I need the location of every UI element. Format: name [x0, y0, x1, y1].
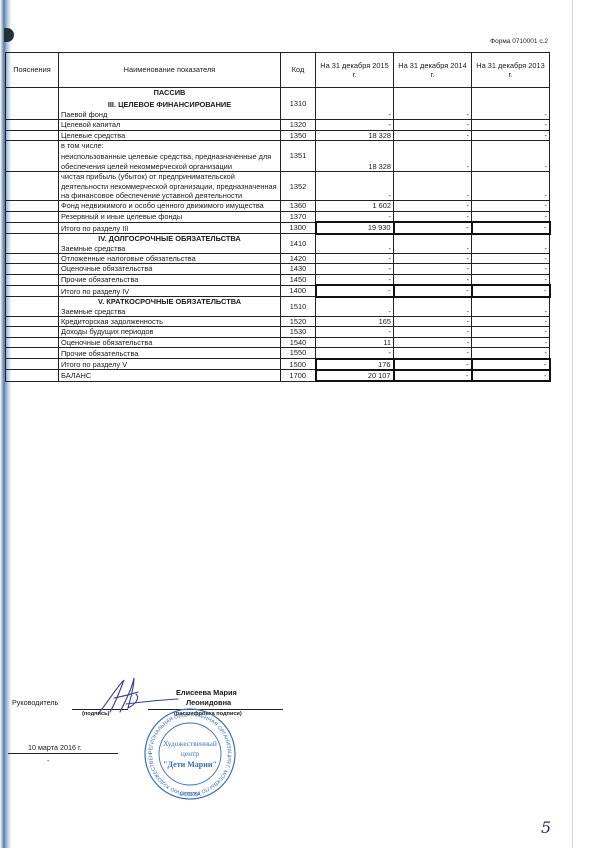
- value-2014: -: [394, 201, 472, 211]
- code-cell: 1500: [281, 359, 316, 370]
- table-row: IV. ДОЛГОСРОЧНЫЕ ОБЯЗАТЕЛЬСТВАЗаемные ср…: [6, 234, 550, 254]
- code-cell: 1540: [281, 337, 316, 347]
- table-row: в том числе:неиспользованные целевые сре…: [6, 141, 550, 172]
- header-indicator: Наименование показателя: [59, 53, 281, 88]
- explanation-cell: [6, 130, 59, 140]
- value-2015: -: [316, 120, 394, 130]
- indicator-name: ПАССИВIII. ЦЕЛЕВОЕ ФИНАНСИРОВАНИЕПаевой …: [59, 88, 281, 120]
- section-title: IV. ДОЛГОСРОЧНЫЕ ОБЯЗАТЕЛЬСТВА: [61, 234, 278, 243]
- indicator-label: Фонд недвижимого и особо ценного движимо…: [61, 201, 278, 210]
- value-2014: -: [394, 222, 472, 233]
- explanation-cell: [6, 359, 59, 370]
- value-2015: 11: [316, 337, 394, 347]
- explanation-cell: [6, 264, 59, 274]
- code-cell: 1400: [281, 285, 316, 296]
- explanation-cell: [6, 254, 59, 264]
- organization-stamp-icon: РЕГИОНАЛЬНАЯ ОБЩЕСТВЕННАЯ ОРГАНИЗАЦИЯ Г.…: [142, 706, 238, 802]
- explanation-cell: [6, 297, 59, 317]
- value-2015: 18 328: [316, 130, 394, 140]
- indicator-name: Целевые средства: [59, 130, 281, 140]
- signer-name-line1: Елисеева Мария: [176, 688, 237, 697]
- indicator-label: Итого по разделу IV: [61, 287, 278, 296]
- table-row: Отложенные налоговые обязательства1420--…: [6, 254, 550, 264]
- value-2014: -: [394, 120, 472, 130]
- indicator-name: IV. ДОЛГОСРОЧНЫЕ ОБЯЗАТЕЛЬСТВАЗаемные ср…: [59, 234, 281, 254]
- liabilities-title: ПАССИВ: [61, 88, 278, 97]
- value-2015: -: [316, 172, 394, 201]
- header-2014: На 31 декабря 2014 г.: [394, 53, 472, 88]
- code-cell: 1300: [281, 222, 316, 233]
- form-code: Форма 0710001 с.2: [440, 38, 548, 45]
- table-row: Оценочные обязательства154011--: [6, 337, 550, 347]
- table-row: Итого по разделу III130019 930--: [6, 222, 550, 233]
- table-row: ПАССИВIII. ЦЕЛЕВОЕ ФИНАНСИРОВАНИЕПаевой …: [6, 88, 550, 120]
- code-cell: 1320: [281, 120, 316, 130]
- value-2013: -: [472, 130, 550, 140]
- table-header-row: Пояснения Наименование показателя Код На…: [6, 53, 550, 88]
- balance-sheet-table: Пояснения Наименование показателя Код На…: [5, 52, 551, 382]
- indicator-name: Кредиторская задолженность: [59, 316, 281, 326]
- indicator-label: Отложенные налоговые обязательства: [61, 254, 278, 263]
- value-2015: -: [316, 254, 394, 264]
- value-2013: -: [472, 359, 550, 370]
- code-cell: 1352: [281, 172, 316, 201]
- table-row: Целевой капитал1320---: [6, 120, 550, 130]
- indicator-label: Итого по разделу III: [61, 224, 278, 233]
- code-cell: 1370: [281, 211, 316, 222]
- code-cell: 1430: [281, 264, 316, 274]
- stamp-center-line1: Художественный: [163, 739, 217, 748]
- value-2015: -: [316, 234, 394, 254]
- table-row: Кредиторская задолженность1520165--: [6, 316, 550, 326]
- value-2015: -: [316, 285, 394, 296]
- value-2015: 176: [316, 359, 394, 370]
- value-2013: -: [472, 274, 550, 285]
- table-row: Целевые средства135018 328--: [6, 130, 550, 140]
- table-row: Фонд недвижимого и особо ценного движимо…: [6, 201, 550, 211]
- header-code: Код: [281, 53, 316, 88]
- value-2015: -: [316, 88, 394, 120]
- value-2013: -: [472, 316, 550, 326]
- punch-hole-mark: [4, 28, 14, 42]
- section-title: III. ЦЕЛЕВОЕ ФИНАНСИРОВАНИЕ: [61, 100, 278, 109]
- date-dash: -: [47, 758, 49, 765]
- code-cell: 1550: [281, 348, 316, 359]
- code-cell: 1351: [281, 141, 316, 172]
- indicator-name: Итого по разделу V: [59, 359, 281, 370]
- indicator-label: Оценочные обязательства: [61, 264, 278, 273]
- indicator-name: в том числе:неиспользованные целевые сре…: [59, 141, 281, 172]
- code-cell: 1360: [281, 201, 316, 211]
- indicator-label: Кредиторская задолженность: [61, 317, 278, 326]
- value-2014: -: [394, 337, 472, 347]
- value-2013: -: [472, 234, 550, 254]
- value-2013: -: [472, 201, 550, 211]
- value-2015: -: [316, 297, 394, 317]
- value-2014: -: [394, 211, 472, 222]
- value-2013: -: [472, 211, 550, 222]
- value-2015: -: [316, 264, 394, 274]
- value-2014: -: [394, 264, 472, 274]
- indicator-label: Прочие обязательства: [61, 275, 278, 284]
- explanation-cell: [6, 222, 59, 233]
- indicator-label: Резервный и иные целевые фонды: [61, 212, 278, 221]
- explanation-cell: [6, 88, 59, 120]
- explanation-cell: [6, 285, 59, 296]
- explanation-cell: [6, 327, 59, 337]
- explanation-cell: [6, 201, 59, 211]
- indicator-name: Итого по разделу III: [59, 222, 281, 233]
- indicator-label: Оценочные обязательства: [61, 338, 278, 347]
- table-body: ПАССИВIII. ЦЕЛЕВОЕ ФИНАНСИРОВАНИЕПаевой …: [6, 88, 550, 382]
- stamp-center-line2: центр: [181, 749, 200, 758]
- code-cell: 1510: [281, 297, 316, 317]
- indicator-name: Оценочные обязательства: [59, 337, 281, 347]
- value-2013: -: [472, 222, 550, 233]
- value-2014: -: [394, 327, 472, 337]
- indicator-label: Заемные средства: [61, 244, 278, 253]
- indicator-name: Фонд недвижимого и особо ценного движимо…: [59, 201, 281, 211]
- value-2015: 19 930: [316, 222, 394, 233]
- value-2014: -: [394, 316, 472, 326]
- code-cell: 1350: [281, 130, 316, 140]
- value-2014: -: [394, 88, 472, 120]
- value-2014: -: [394, 359, 472, 370]
- code-cell: 1420: [281, 254, 316, 264]
- stamp-bottom-text: МОСКВА: [179, 792, 201, 798]
- value-2013: -: [472, 337, 550, 347]
- value-2015: -: [316, 348, 394, 359]
- value-2013: -: [472, 285, 550, 296]
- indicator-label: Итого по разделу V: [61, 360, 278, 369]
- indicator-name: V. КРАТКОСРОЧНЫЕ ОБЯЗАТЕЛЬСТВАЗаемные ср…: [59, 297, 281, 317]
- explanation-cell: [6, 234, 59, 254]
- indicator-label: Доходы будущих периодов: [61, 327, 278, 336]
- code-cell: 1450: [281, 274, 316, 285]
- code-cell: 1520: [281, 316, 316, 326]
- value-2014: -: [394, 141, 472, 172]
- head-label: Руководитель: [12, 698, 58, 707]
- table-row: V. КРАТКОСРОЧНЫЕ ОБЯЗАТЕЛЬСТВАЗаемные ср…: [6, 297, 550, 317]
- value-2014: -: [394, 234, 472, 254]
- code-cell: 1700: [281, 370, 316, 381]
- explanation-cell: [6, 211, 59, 222]
- indicator-name: Доходы будущих периодов: [59, 327, 281, 337]
- value-2015: -: [316, 327, 394, 337]
- table-row: Оценочные обязательства1430---: [6, 264, 550, 274]
- value-2014: -: [394, 254, 472, 264]
- balance-row: БАЛАНС170020 107--: [6, 370, 550, 381]
- explanation-cell: [6, 370, 59, 381]
- balance-v2013: -: [472, 370, 550, 381]
- value-2014: -: [394, 274, 472, 285]
- table-row: Итого по разделу IV1400---: [6, 285, 550, 296]
- value-2013: -: [472, 120, 550, 130]
- table-row: Доходы будущих периодов1530---: [6, 327, 550, 337]
- value-2013: -: [472, 88, 550, 120]
- signing-date: 10 марта 2016 г.: [28, 743, 82, 752]
- indicator-name: Оценочные обязательства: [59, 264, 281, 274]
- indicator-name: Целевой капитал: [59, 120, 281, 130]
- value-2014: -: [394, 172, 472, 201]
- indicator-label: Заемные средства: [61, 307, 278, 316]
- table-row: чистая прибыль (убыток) от предпринимате…: [6, 172, 550, 201]
- value-2013: -: [472, 172, 550, 201]
- value-2014: -: [394, 130, 472, 140]
- stamp-center-line3: "Дети Марии": [163, 760, 217, 769]
- value-2015: 18 328: [316, 141, 394, 172]
- explanation-cell: [6, 337, 59, 347]
- indicator-label: Паевой фонд: [61, 110, 278, 119]
- header-2013: На 31 декабря 2013 г.: [472, 53, 550, 88]
- indicator-name: Отложенные налоговые обязательства: [59, 254, 281, 264]
- code-cell: 1530: [281, 327, 316, 337]
- indicator-name: Прочие обязательства: [59, 274, 281, 285]
- indicator-label: Целевой капитал: [61, 120, 278, 129]
- header-explanations: Пояснения: [6, 53, 59, 88]
- explanation-cell: [6, 316, 59, 326]
- explanation-cell: [6, 274, 59, 285]
- indicator-label: Целевые средства: [61, 131, 278, 140]
- explanation-cell: [6, 120, 59, 130]
- scan-border-line: [572, 0, 573, 848]
- explanation-cell: [6, 348, 59, 359]
- balance-v2015: 20 107: [316, 370, 394, 381]
- date-line: [8, 753, 118, 754]
- value-2015: 1 602: [316, 201, 394, 211]
- value-2013: -: [472, 297, 550, 317]
- indicator-name: Прочие обязательства: [59, 348, 281, 359]
- code-cell: 1410: [281, 234, 316, 254]
- value-2015: 165: [316, 316, 394, 326]
- value-2014: -: [394, 297, 472, 317]
- table-row: Прочие обязательства1450---: [6, 274, 550, 285]
- explanation-cell: [6, 172, 59, 201]
- value-2013: -: [472, 327, 550, 337]
- page-number: 5: [541, 818, 551, 837]
- indicator-label: чистая прибыль (убыток) от предпринимате…: [61, 172, 278, 200]
- header-2015: На 31 декабря 2015 г.: [316, 53, 394, 88]
- value-2015: -: [316, 211, 394, 222]
- balance-label: БАЛАНС: [59, 370, 281, 381]
- indicator-name: чистая прибыль (убыток) от предпринимате…: [59, 172, 281, 201]
- indicator-name: Резервный и иные целевые фонды: [59, 211, 281, 222]
- indicator-name: Итого по разделу IV: [59, 285, 281, 296]
- table-row: Итого по разделу V1500176--: [6, 359, 550, 370]
- value-2014: -: [394, 285, 472, 296]
- indicator-label: неиспользованные целевые средства, предн…: [61, 152, 278, 171]
- value-2013: -: [472, 141, 550, 172]
- table-row: Резервный и иные целевые фонды1370---: [6, 211, 550, 222]
- indicator-prefix: в том числе:: [61, 141, 278, 150]
- indicator-label: Прочие обязательства: [61, 349, 278, 358]
- value-2013: -: [472, 264, 550, 274]
- balance-v2014: -: [394, 370, 472, 381]
- value-2015: -: [316, 274, 394, 285]
- value-2013: -: [472, 348, 550, 359]
- value-2014: -: [394, 348, 472, 359]
- explanation-cell: [6, 141, 59, 172]
- value-2013: -: [472, 254, 550, 264]
- code-cell: 1310: [281, 88, 316, 120]
- table-row: Прочие обязательства1550---: [6, 348, 550, 359]
- section-title: V. КРАТКОСРОЧНЫЕ ОБЯЗАТЕЛЬСТВА: [61, 297, 278, 306]
